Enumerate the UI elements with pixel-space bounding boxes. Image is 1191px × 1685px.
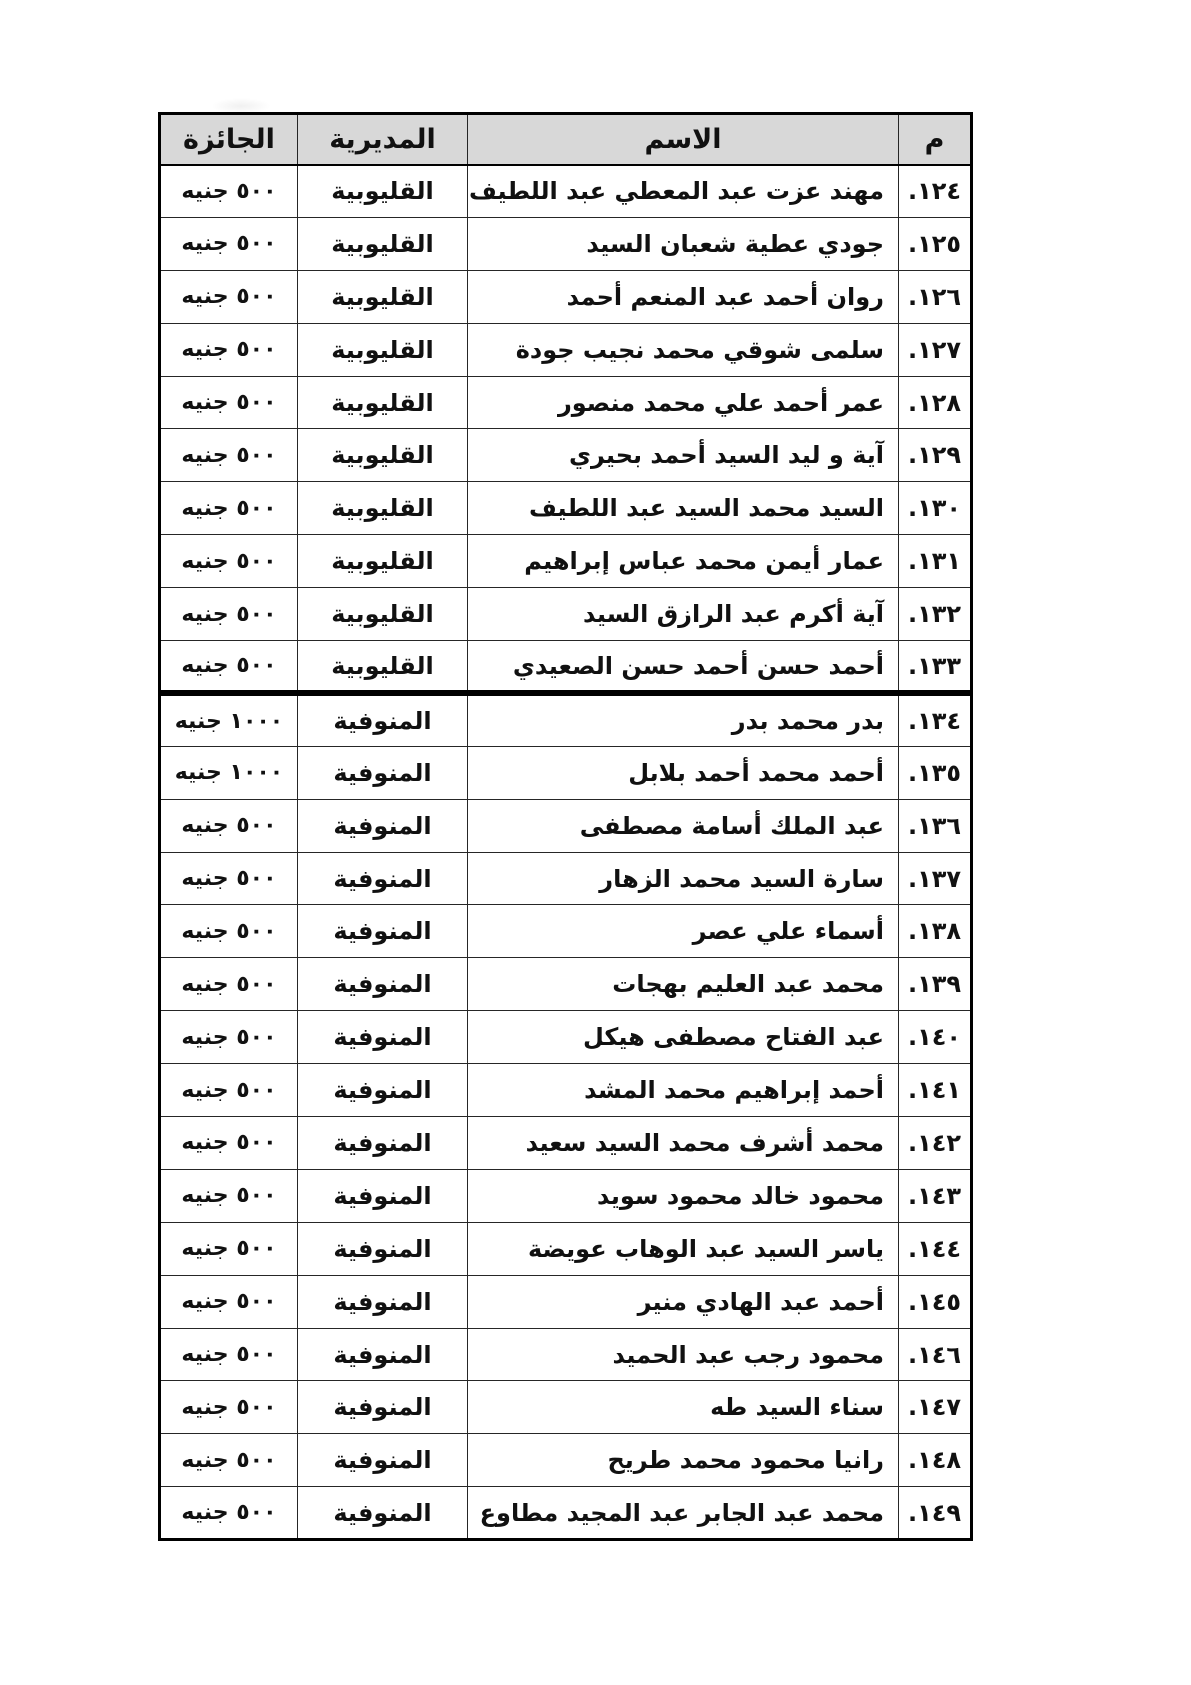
- name-cell: عبد الملك أسامة مصطفى: [467, 799, 898, 852]
- row-number-cell: ١٣٥.: [899, 746, 972, 799]
- prize-cell: ٥٠٠ جنيه: [159, 1222, 297, 1275]
- row-number-cell: ١٢٦.: [899, 270, 972, 323]
- row-number-cell: ١٤٥.: [899, 1275, 972, 1328]
- prize-cell: ١٠٠٠ جنيه: [159, 693, 297, 746]
- directorate-cell: المنوفية: [297, 1381, 467, 1434]
- name-cell: ياسر السيد عبد الوهاب عويضة: [467, 1222, 898, 1275]
- table-row: ١٢٨.عمر أحمد علي محمد منصورالقليوبية٥٠٠ …: [159, 376, 971, 429]
- directorate-cell: القليوبية: [297, 165, 467, 218]
- directorate-cell: المنوفية: [297, 1434, 467, 1487]
- row-number-cell: ١٣٩.: [899, 958, 972, 1011]
- row-number-cell: ١٤١.: [899, 1064, 972, 1117]
- name-cell: أحمد محمد أحمد بلابل: [467, 746, 898, 799]
- directorate-cell: المنوفية: [297, 1011, 467, 1064]
- prize-cell: ٥٠٠ جنيه: [159, 958, 297, 1011]
- name-cell: محمود رجب عبد الحميد: [467, 1328, 898, 1381]
- table-row: ١٢٦.روان أحمد عبد المنعم أحمدالقليوبية٥٠…: [159, 270, 971, 323]
- row-number-cell: ١٣٣.: [899, 641, 972, 694]
- row-number-cell: ١٤٧.: [899, 1381, 972, 1434]
- table-row: ١٤٠.عبد الفتاح مصطفى هيكلالمنوفية٥٠٠ جني…: [159, 1011, 971, 1064]
- row-number-cell: ١٢٨.: [899, 376, 972, 429]
- name-cell: آية أكرم عبد الرازق السيد: [467, 588, 898, 641]
- table-row: ١٤٦.محمود رجب عبد الحميدالمنوفية٥٠٠ جنيه: [159, 1328, 971, 1381]
- row-number-cell: ١٣٦.: [899, 799, 972, 852]
- directorate-cell: المنوفية: [297, 1275, 467, 1328]
- directorate-cell: القليوبية: [297, 323, 467, 376]
- row-number-cell: ١٣٧.: [899, 852, 972, 905]
- name-cell: أحمد عبد الهادي منير: [467, 1275, 898, 1328]
- table-row: ١٢٧.سلمى شوقي محمد نجيب جودةالقليوبية٥٠٠…: [159, 323, 971, 376]
- table-row: ١٣٥.أحمد محمد أحمد بلابلالمنوفية١٠٠٠ جني…: [159, 746, 971, 799]
- table-row: ١٢٥.جودي عطية شعبان السيدالقليوبية٥٠٠ جن…: [159, 217, 971, 270]
- row-number-cell: ١٢٧.: [899, 323, 972, 376]
- table-row: ١٣٠.السيد محمد السيد عبد اللطيفالقليوبية…: [159, 482, 971, 535]
- directorate-cell: المنوفية: [297, 1328, 467, 1381]
- prize-cell: ٥٠٠ جنيه: [159, 323, 297, 376]
- directorate-cell: القليوبية: [297, 482, 467, 535]
- name-cell: جودي عطية شعبان السيد: [467, 217, 898, 270]
- name-cell: محمد أشرف محمد السيد سعيد: [467, 1117, 898, 1170]
- prize-cell: ٥٠٠ جنيه: [159, 270, 297, 323]
- prize-cell: ٥٠٠ جنيه: [159, 905, 297, 958]
- directorate-cell: المنوفية: [297, 905, 467, 958]
- prize-cell: ١٠٠٠ جنيه: [159, 746, 297, 799]
- row-number-cell: ١٣٨.: [899, 905, 972, 958]
- row-number-cell: ١٢٤.: [899, 165, 972, 218]
- directorate-cell: المنوفية: [297, 1487, 467, 1540]
- row-number-cell: ١٤٤.: [899, 1222, 972, 1275]
- table-row: ١٣٨.أسماء علي عصرالمنوفية٥٠٠ جنيه: [159, 905, 971, 958]
- prize-cell: ٥٠٠ جنيه: [159, 588, 297, 641]
- row-number-cell: ١٤٦.: [899, 1328, 972, 1381]
- prize-cell: ٥٠٠ جنيه: [159, 535, 297, 588]
- table-row: ١٣١.عمار أيمن محمد عباس إبراهيمالقليوبية…: [159, 535, 971, 588]
- prize-cell: ٥٠٠ جنيه: [159, 1487, 297, 1540]
- prize-cell: ٥٠٠ جنيه: [159, 482, 297, 535]
- table-row: ١٣٤.بدر محمد بدرالمنوفية١٠٠٠ جنيه: [159, 693, 971, 746]
- name-cell: محمد عبد الجابر عبد المجيد مطاوع: [467, 1487, 898, 1540]
- prize-cell: ٥٠٠ جنيه: [159, 217, 297, 270]
- name-cell: سلمى شوقي محمد نجيب جودة: [467, 323, 898, 376]
- directorate-cell: المنوفية: [297, 1117, 467, 1170]
- directorate-cell: المنوفية: [297, 799, 467, 852]
- table-row: ١٢٤.مهند عزت عبد المعطي عبد اللطيفالقليو…: [159, 165, 971, 218]
- header-directorate: المديرية: [297, 114, 467, 165]
- prize-cell: ٥٠٠ جنيه: [159, 1064, 297, 1117]
- table-header: م الاسم المديرية الجائزة: [159, 114, 971, 165]
- table-row: ١٤٨.رانيا محمود محمد طريحالمنوفية٥٠٠ جني…: [159, 1434, 971, 1487]
- directorate-cell: المنوفية: [297, 958, 467, 1011]
- header-row: م الاسم المديرية الجائزة: [159, 114, 971, 165]
- directorate-cell: المنوفية: [297, 1169, 467, 1222]
- row-number-cell: ١٢٥.: [899, 217, 972, 270]
- name-cell: أحمد حسن أحمد حسن الصعيدي: [467, 641, 898, 694]
- name-cell: سارة السيد محمد الزهار: [467, 852, 898, 905]
- row-number-cell: ١٤٩.: [899, 1487, 972, 1540]
- table-row: ١٣٩.محمد عبد العليم بهجاتالمنوفية٥٠٠ جني…: [159, 958, 971, 1011]
- directorate-cell: المنوفية: [297, 1222, 467, 1275]
- prize-cell: ٥٠٠ جنيه: [159, 852, 297, 905]
- prize-cell: ٥٠٠ جنيه: [159, 1275, 297, 1328]
- prize-cell: ٥٠٠ جنيه: [159, 641, 297, 694]
- prize-cell: ٥٠٠ جنيه: [159, 165, 297, 218]
- prize-cell: ٥٠٠ جنيه: [159, 1117, 297, 1170]
- prize-cell: ٥٠٠ جنيه: [159, 1169, 297, 1222]
- row-number-cell: ١٣٤.: [899, 693, 972, 746]
- prize-cell: ٥٠٠ جنيه: [159, 1328, 297, 1381]
- directorate-cell: المنوفية: [297, 1064, 467, 1117]
- table-row: ١٤٩.محمد عبد الجابر عبد المجيد مطاوعالمن…: [159, 1487, 971, 1540]
- name-cell: أسماء علي عصر: [467, 905, 898, 958]
- name-cell: محمد عبد العليم بهجات: [467, 958, 898, 1011]
- name-cell: روان أحمد عبد المنعم أحمد: [467, 270, 898, 323]
- directorate-cell: القليوبية: [297, 270, 467, 323]
- table-row: ١٤٥.أحمد عبد الهادي منيرالمنوفية٥٠٠ جنيه: [159, 1275, 971, 1328]
- directorate-cell: القليوبية: [297, 535, 467, 588]
- prize-winners-table: م الاسم المديرية الجائزة ١٢٤.مهند عزت عب…: [158, 112, 973, 1541]
- directorate-cell: القليوبية: [297, 217, 467, 270]
- table-body: ١٢٤.مهند عزت عبد المعطي عبد اللطيفالقليو…: [159, 165, 971, 1540]
- table-row: ١٤٣.محمود خالد محمود سويدالمنوفية٥٠٠ جني…: [159, 1169, 971, 1222]
- directorate-cell: المنوفية: [297, 693, 467, 746]
- name-cell: آية و ليد السيد أحمد بحيري: [467, 429, 898, 482]
- prize-table-container: م الاسم المديرية الجائزة ١٢٤.مهند عزت عب…: [158, 112, 973, 1541]
- name-cell: مهند عزت عبد المعطي عبد اللطيف: [467, 165, 898, 218]
- name-cell: عبد الفتاح مصطفى هيكل: [467, 1011, 898, 1064]
- row-number-cell: ١٤٢.: [899, 1117, 972, 1170]
- directorate-cell: القليوبية: [297, 641, 467, 694]
- row-number-cell: ١٤٨.: [899, 1434, 972, 1487]
- row-number-cell: ١٣١.: [899, 535, 972, 588]
- prize-cell: ٥٠٠ جنيه: [159, 799, 297, 852]
- directorate-cell: القليوبية: [297, 376, 467, 429]
- directorate-cell: القليوبية: [297, 588, 467, 641]
- table-row: ١٣٢.آية أكرم عبد الرازق السيدالقليوبية٥٠…: [159, 588, 971, 641]
- table-row: ١٤٢.محمد أشرف محمد السيد سعيدالمنوفية٥٠٠…: [159, 1117, 971, 1170]
- prize-cell: ٥٠٠ جنيه: [159, 429, 297, 482]
- table-row: ١٣٣.أحمد حسن أحمد حسن الصعيديالقليوبية٥٠…: [159, 641, 971, 694]
- row-number-cell: ١٣٠.: [899, 482, 972, 535]
- table-row: ١٤٧.سناء السيد طهالمنوفية٥٠٠ جنيه: [159, 1381, 971, 1434]
- document-page: م الاسم المديرية الجائزة ١٢٤.مهند عزت عب…: [0, 0, 1191, 1685]
- table-row: ١٣٦.عبد الملك أسامة مصطفىالمنوفية٥٠٠ جني…: [159, 799, 971, 852]
- name-cell: عمار أيمن محمد عباس إبراهيم: [467, 535, 898, 588]
- prize-cell: ٥٠٠ جنيه: [159, 376, 297, 429]
- name-cell: محمود خالد محمود سويد: [467, 1169, 898, 1222]
- header-name: الاسم: [467, 114, 898, 165]
- header-prize: الجائزة: [159, 114, 297, 165]
- table-row: ١٢٩.آية و ليد السيد أحمد بحيريالقليوبية٥…: [159, 429, 971, 482]
- table-row: ١٤٤.ياسر السيد عبد الوهاب عويضةالمنوفية٥…: [159, 1222, 971, 1275]
- prize-cell: ٥٠٠ جنيه: [159, 1011, 297, 1064]
- row-number-cell: ١٤٣.: [899, 1169, 972, 1222]
- row-number-cell: ١٤٠.: [899, 1011, 972, 1064]
- directorate-cell: المنوفية: [297, 746, 467, 799]
- name-cell: أحمد إبراهيم محمد المشد: [467, 1064, 898, 1117]
- prize-cell: ٥٠٠ جنيه: [159, 1381, 297, 1434]
- name-cell: رانيا محمود محمد طريح: [467, 1434, 898, 1487]
- header-number: م: [899, 114, 972, 165]
- directorate-cell: المنوفية: [297, 852, 467, 905]
- row-number-cell: ١٢٩.: [899, 429, 972, 482]
- name-cell: سناء السيد طه: [467, 1381, 898, 1434]
- directorate-cell: القليوبية: [297, 429, 467, 482]
- name-cell: السيد محمد السيد عبد اللطيف: [467, 482, 898, 535]
- table-row: ١٤١.أحمد إبراهيم محمد المشدالمنوفية٥٠٠ ج…: [159, 1064, 971, 1117]
- name-cell: بدر محمد بدر: [467, 693, 898, 746]
- table-row: ١٣٧.سارة السيد محمد الزهارالمنوفية٥٠٠ جن…: [159, 852, 971, 905]
- name-cell: عمر أحمد علي محمد منصور: [467, 376, 898, 429]
- row-number-cell: ١٣٢.: [899, 588, 972, 641]
- prize-cell: ٥٠٠ جنيه: [159, 1434, 297, 1487]
